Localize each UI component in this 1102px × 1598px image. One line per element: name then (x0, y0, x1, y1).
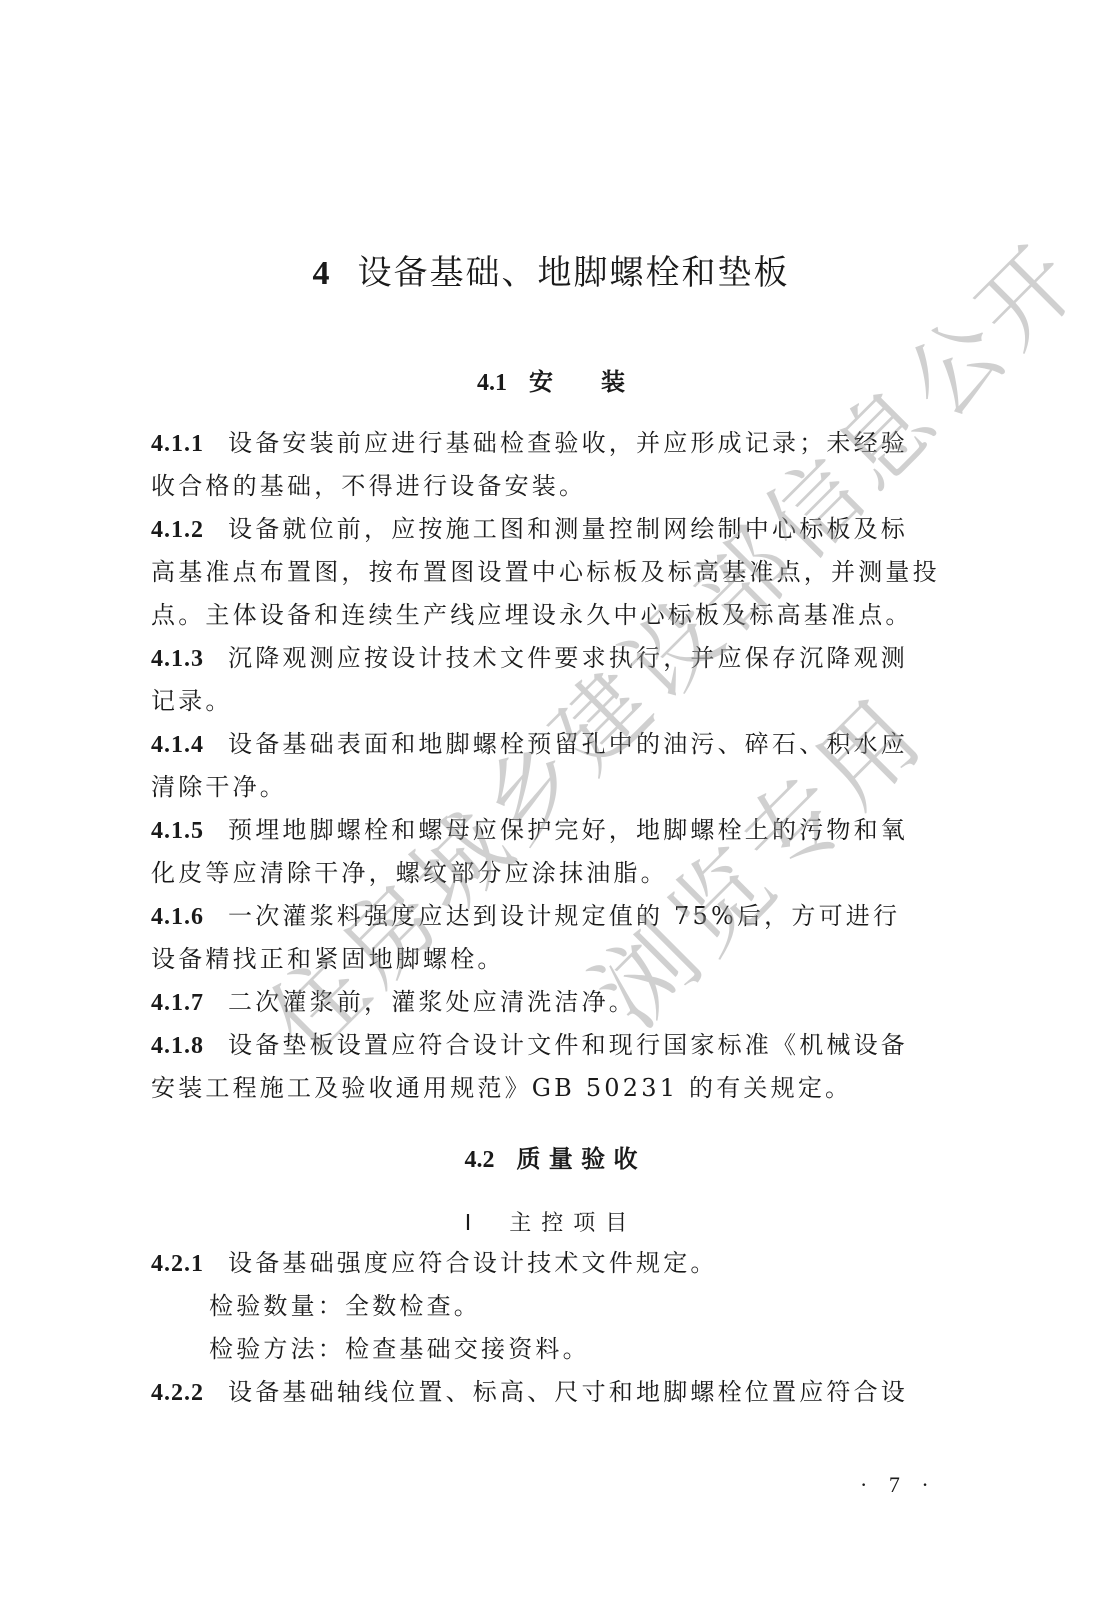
clause-text: 二次灌浆前，灌浆处应清洗洁净。 (228, 988, 636, 1016)
clause-text: 设备垫板设置应符合设计文件和现行国家标准《机械设备 (228, 1031, 908, 1059)
clause-number: 4.1.2 (151, 517, 204, 543)
clause-line: 化皮等应清除干净，螺纹部分应涂抹油脂。 (151, 858, 951, 888)
section-title-text: 质 量 验 收 (516, 1144, 637, 1173)
clause-number: 4.1.7 (151, 990, 204, 1016)
clause-text: 点。主体设备和连续生产线应埋设永久中心标板及标高基准点。 (151, 601, 913, 629)
clause-line: 4.1.4设备基础表面和地脚螺栓预留孔中的油污、碎石、积水应 (151, 729, 951, 760)
clause-text: 沉降观测应按设计技术文件要求执行，并应保存沉降观测 (228, 644, 908, 672)
clause-text: 化皮等应清除干净，螺纹部分应涂抹油脂。 (151, 859, 668, 887)
document-page: 4设备基础、地脚螺栓和垫板 4.1安 装 4.1.1设备安装前应进行基础检查验收… (0, 0, 1102, 1598)
clause-text: 预埋地脚螺栓和螺母应保护完好，地脚螺栓上的污物和氧 (228, 816, 908, 844)
clause-text: 检验数量：全数检查。 (209, 1292, 481, 1320)
clause-line: 4.1.3沉降观测应按设计技术文件要求执行，并应保存沉降观测 (151, 643, 951, 674)
section-number: 4.2 (464, 1147, 494, 1173)
clause-line: 高基准点布置图，按布置图设置中心标板及标高基准点，并测量投 (151, 557, 951, 587)
clause-number: 4.1.1 (151, 431, 204, 457)
clause-text: 设备基础表面和地脚螺栓预留孔中的油污、碎石、积水应 (228, 730, 908, 758)
clause-text: 设备精找正和紧固地脚螺栓。 (151, 945, 505, 973)
section-number: 4.1 (477, 370, 507, 396)
chapter-title: 4设备基础、地脚螺栓和垫板 (0, 245, 1102, 294)
clause-line: 安装工程施工及验收通用规范》GB 50231 的有关规定。 (151, 1073, 951, 1103)
clause-text: 一次灌浆料强度应达到设计规定值的 75%后，方可进行 (228, 902, 900, 930)
clause-text: 检验方法：检查基础交接资料。 (209, 1335, 590, 1363)
section-title-text: 安 装 (529, 367, 625, 396)
section-title-4-1: 4.1安 装 (0, 362, 1102, 397)
subsection-title-text: 主控项目 (509, 1211, 637, 1236)
clause-text: 设备安装前应进行基础检查验收，并应形成记录；未经验 (228, 429, 908, 457)
clause-number: 4.2.2 (151, 1380, 204, 1406)
clause-line: 点。主体设备和连续生产线应埋设永久中心标板及标高基准点。 (151, 600, 951, 630)
clause-text: 记录。 (151, 687, 233, 715)
clause-number: 4.1.8 (151, 1033, 204, 1059)
clause-line: 4.1.6一次灌浆料强度应达到设计规定值的 75%后，方可进行 (151, 901, 951, 932)
clause-text: 设备基础轴线位置、标高、尺寸和地脚螺栓位置应符合设 (228, 1378, 908, 1406)
clause-text: 设备就位前，应按施工图和测量控制网绘制中心标板及标 (228, 515, 908, 543)
chapter-title-text: 设备基础、地脚螺栓和垫板 (358, 253, 790, 293)
clause-line: 4.1.7二次灌浆前，灌浆处应清洗洁净。 (151, 987, 951, 1018)
page-number: · 7 · (860, 1472, 937, 1498)
clause-number: 4.1.3 (151, 646, 204, 672)
clause-line: 4.1.1设备安装前应进行基础检查验收，并应形成记录；未经验 (151, 428, 951, 459)
clause-text: 安装工程施工及验收通用规范》GB 50231 的有关规定。 (151, 1074, 852, 1102)
clause-text: 设备基础强度应符合设计技术文件规定。 (228, 1249, 718, 1277)
clause-number: 4.1.5 (151, 818, 204, 844)
section-title-4-2: 4.2质 量 验 收 (0, 1139, 1102, 1174)
clause-line: 清除干净。 (151, 772, 951, 802)
clause-number: 4.2.1 (151, 1251, 204, 1277)
clause-line: 检验数量：全数检查。 (209, 1291, 1009, 1321)
clause-line: 4.1.5预埋地脚螺栓和螺母应保护完好，地脚螺栓上的污物和氧 (151, 815, 951, 846)
clause-line: 4.2.2设备基础轴线位置、标高、尺寸和地脚螺栓位置应符合设 (151, 1377, 951, 1408)
clause-line: 检验方法：检查基础交接资料。 (209, 1334, 1009, 1364)
clause-line: 收合格的基础，不得进行设备安装。 (151, 471, 951, 501)
clause-text: 收合格的基础，不得进行设备安装。 (151, 472, 586, 500)
clause-line: 设备精找正和紧固地脚螺栓。 (151, 944, 951, 974)
clause-line: 4.1.8设备垫板设置应符合设计文件和现行国家标准《机械设备 (151, 1030, 951, 1061)
clause-line: 4.2.1设备基础强度应符合设计技术文件规定。 (151, 1248, 951, 1279)
clause-line: 4.1.2设备就位前，应按施工图和测量控制网绘制中心标板及标 (151, 514, 951, 545)
subsection-title: Ⅰ主控项目 (0, 1206, 1102, 1237)
clause-line: 记录。 (151, 686, 951, 716)
subsection-roman: Ⅰ (465, 1210, 482, 1235)
clause-number: 4.1.6 (151, 904, 204, 930)
clause-text: 高基准点布置图，按布置图设置中心标板及标高基准点，并测量投 (151, 558, 940, 586)
clause-number: 4.1.4 (151, 732, 204, 758)
clause-text: 清除干净。 (151, 773, 287, 801)
chapter-number: 4 (313, 255, 332, 292)
